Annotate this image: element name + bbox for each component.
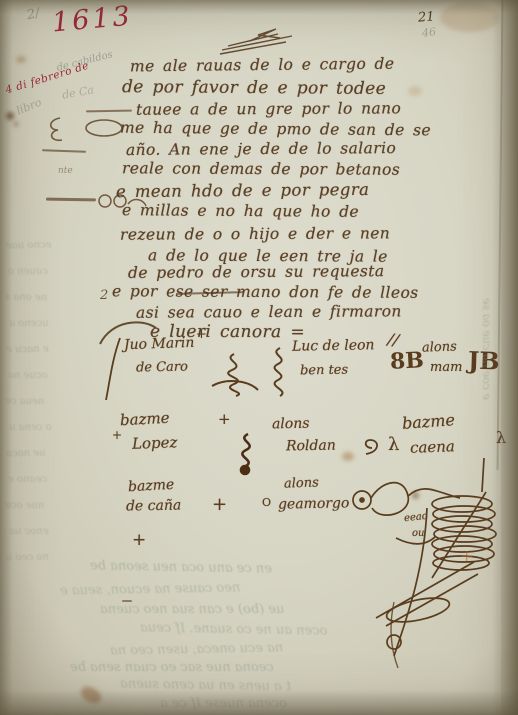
folio-pencil-number: 46: [421, 25, 436, 39]
folio-number: 21: [417, 9, 435, 25]
signature-name: Lopez: [132, 433, 178, 453]
cross-mark: +: [212, 494, 227, 515]
cross-mark: +: [132, 530, 146, 550]
body-line: de pedro de orsu su requesta: [128, 262, 385, 282]
cross-mark: +: [112, 428, 122, 442]
ghost-text-line: o cena u: [9, 422, 52, 433]
corner-archival-mark: 2/: [26, 6, 41, 23]
ink-spot-stain: [14, 122, 18, 126]
ghost-text-line: ceona nue sac eo cuan sena be: [70, 660, 274, 675]
body-line: me ha que ge de pmo de san de se: [120, 119, 431, 140]
signature-monogram: 8B: [389, 347, 424, 375]
ghost-text-line: ecno uae: [6, 240, 52, 252]
hatch-flourish: [218, 26, 300, 56]
ghost-text-line: cauen o: [8, 266, 48, 277]
body-line: e millas e no ha que ho de: [122, 201, 359, 221]
ghost-text-line: ocena nuese If ce a: [160, 696, 287, 711]
rubric-knot: [232, 432, 262, 476]
margin-dash: [42, 149, 86, 153]
cross-mark: +: [196, 327, 207, 342]
pencil-note-de-ca: de Ca: [61, 83, 95, 101]
ghost-text-line: ue noca: [6, 448, 46, 460]
cross-mark: +: [218, 410, 231, 428]
rubric-inner-text: ou: [412, 528, 424, 539]
ghost-text-line: ocen au ne co suane. If ceua: [140, 620, 328, 638]
ghost-text-line: e nacu e: [6, 344, 49, 356]
signature-name: bazme: [401, 410, 455, 433]
signature-name: mam: [430, 360, 462, 375]
ghost-text-line: na ecu oneca, usen ceo na: [110, 640, 283, 658]
margin-dash: [46, 198, 96, 201]
ghost-text-line: uceno a: [9, 318, 49, 329]
signature-name: alons: [272, 416, 310, 433]
o-loop-mark: O: [262, 496, 271, 509]
ghost-text-line: neua ce: [5, 396, 45, 408]
ghost-text-line: ceano e: [8, 474, 47, 485]
ghost-text-line: enoc ua: [9, 526, 49, 537]
paper-stain: [408, 86, 422, 96]
body-line: año. An ene je de de lo salario: [126, 139, 396, 159]
ghost-text-line: en ce anu oca neu seona be: [90, 558, 272, 576]
body-line: reale con demas de por betanos: [122, 159, 400, 178]
paper-stain: [16, 56, 26, 63]
body-line: asi sea cauo e lean e firmaron: [136, 302, 402, 321]
paper-stain: [78, 683, 104, 706]
body-line: rezeun de o o hijo e der e nen: [120, 224, 390, 243]
margin-mark: 2: [100, 288, 108, 303]
rubric-flourish: [208, 350, 260, 398]
ink-spot-stain: [6, 112, 14, 120]
signature-name: alons: [284, 475, 319, 491]
body-line: tauee a de un gre por lo nano: [136, 99, 401, 118]
page-edge-strip: [501, 0, 518, 715]
signature-name: Roldan: [286, 438, 336, 455]
pencil-note-libro: libro: [15, 96, 44, 118]
manuscript-photo: 2/ 1613 4 di febrero de de cabildos de C…: [0, 0, 518, 715]
signature-descender-stroke: [104, 336, 122, 402]
body-line: me ale rauas de lo e cargo de: [130, 55, 395, 76]
ghost-text-line: ne ona s: [5, 292, 47, 304]
signature-name: Luc de leon: [292, 337, 375, 354]
paper-stain: [440, 2, 500, 32]
ghost-text-line: t a uens en ua ceno suena: [120, 677, 291, 695]
ink-flourish-left: [42, 110, 132, 144]
rubric-tail: [370, 600, 430, 670]
year-annotation: 1613: [51, 1, 134, 39]
signature-name: bazme: [128, 477, 175, 495]
signature-name: de caña: [126, 498, 182, 515]
signature-name: bazme: [120, 409, 170, 430]
body-line: e mean hdo de e por pegra: [116, 180, 369, 201]
signature-name: de Caro: [136, 360, 188, 376]
body-line: de por favor de e por todee: [122, 77, 386, 99]
signature-name: Juo Marin: [124, 335, 195, 353]
ghost-text-line: neo cause na ecuon, seua e: [60, 580, 241, 598]
ghost-text-strip: e coe na cue oa se: [480, 120, 493, 400]
signature-name: alons: [422, 339, 457, 355]
ghost-text-line: ocue na: [8, 370, 48, 381]
body-line: e por ese ser mano don fe de lleos: [112, 282, 419, 302]
signature-slashes: //: [387, 329, 400, 349]
faded-cross-mark: +: [460, 546, 473, 565]
signature-name: ben tes: [300, 363, 348, 379]
margin-note: nte: [58, 166, 73, 176]
ghost-text-line: nue oca: [5, 500, 45, 512]
rubric-flourish: [264, 346, 294, 398]
ghost-text-line: na ceo u: [6, 552, 49, 564]
ghost-text-line: ue (bo) e can sua neo cuena: [100, 602, 284, 617]
